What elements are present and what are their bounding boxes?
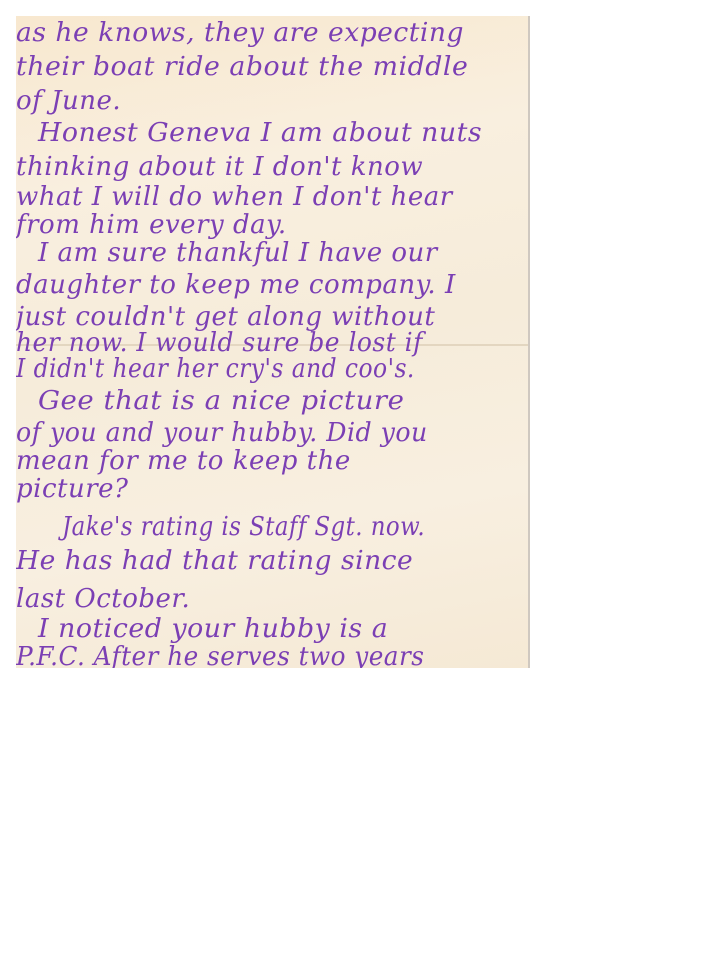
letter-line: He has had that rating since (16, 546, 413, 576)
letter-line: I didn't hear her cry's and coo's. (16, 354, 415, 384)
letter-line: their boat ride about the middle (16, 52, 468, 82)
letter-line: Jake's rating is Staff Sgt. now. (62, 512, 425, 542)
letter-line: daughter to keep me company. I (16, 270, 456, 300)
letter-line: I noticed your hubby is a (38, 614, 388, 644)
letter-line: P.F.C. After he serves two years (16, 642, 424, 668)
letter-line: what I will do when I don't hear (16, 182, 453, 212)
letter-line: of you and your hubby. Did you (16, 418, 428, 448)
letter-line: of June. (16, 86, 121, 116)
letter-line: as he knows, they are expecting (16, 18, 464, 48)
letter-line: Gee that is a nice picture (38, 386, 404, 416)
letter-line: from him every day. (16, 210, 287, 240)
letter-line: last October. (16, 584, 190, 614)
letter-line: I am sure thankful I have our (38, 238, 438, 268)
letter-page: as he knows, they are expecting their bo… (16, 16, 530, 668)
letter-line: Honest Geneva I am about nuts (38, 118, 482, 148)
letter-line: mean for me to keep the (16, 446, 351, 476)
letter-line: picture? (16, 474, 128, 504)
letter-line: thinking about it I don't know (16, 152, 423, 182)
